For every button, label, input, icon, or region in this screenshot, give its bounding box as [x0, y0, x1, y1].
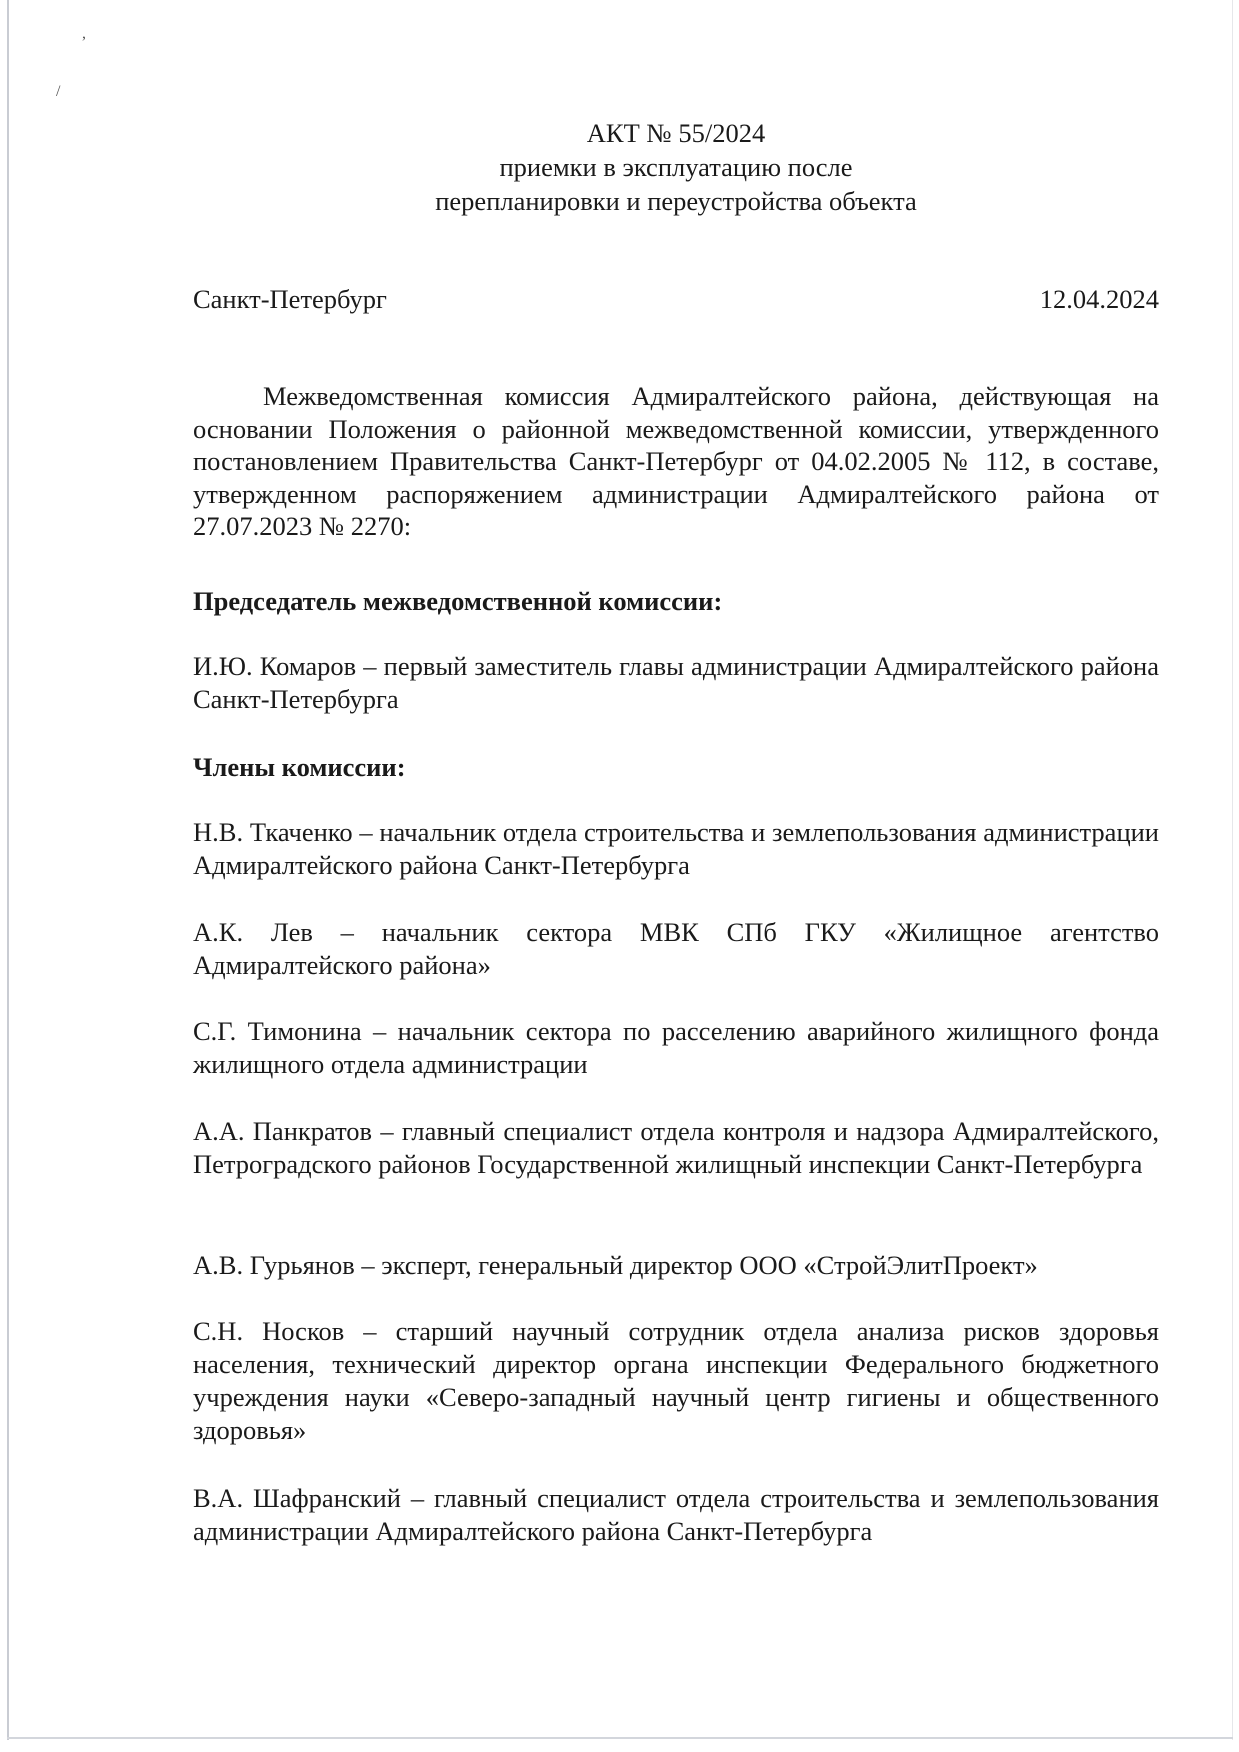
scan-edge-right [1232, 0, 1233, 1740]
chairman-entry: И.Ю. Комаров – первый заместитель главы … [193, 650, 1159, 716]
intro-paragraph: Межведомственная комиссия Адмиралтейског… [193, 380, 1159, 543]
scan-speck: , [82, 26, 86, 42]
chairman-heading: Председатель межведомственной комиссии: [193, 585, 722, 618]
member-entry: А.В. Гурьянов – эксперт, генеральный дир… [193, 1249, 1159, 1282]
scan-speck: / [56, 84, 60, 100]
member-entry: А.А. Панкратов – главный специалист отде… [193, 1115, 1159, 1181]
member-entry: С.Н. Носков – старший научный сотрудник … [193, 1315, 1159, 1447]
document-date: 12.04.2024 [1040, 283, 1159, 316]
member-entry: А.К. Лев – начальник сектора МВК СПб ГКУ… [193, 916, 1159, 982]
place-date-row: Санкт-Петербург 12.04.2024 [193, 283, 1159, 316]
document-subtitle-line1: приемки в эксплуатацию после [193, 150, 1159, 184]
scan-edge-bottom [7, 1737, 1233, 1739]
document-title: АКТ № 55/2024 [193, 116, 1159, 150]
members-heading: Члены комиссии: [193, 751, 406, 784]
document-place: Санкт-Петербург [193, 283, 387, 316]
document-header: АКТ № 55/2024 приемки в эксплуатацию пос… [193, 116, 1159, 218]
document-subtitle-line2: перепланировки и переустройства объекта [193, 184, 1159, 218]
member-entry: В.А. Шафранский – главный специалист отд… [193, 1482, 1159, 1548]
member-entry: Н.В. Ткаченко – начальник отдела строите… [193, 816, 1159, 882]
scan-edge-left [7, 0, 9, 1740]
member-entry: С.Г. Тимонина – начальник сектора по рас… [193, 1015, 1159, 1081]
